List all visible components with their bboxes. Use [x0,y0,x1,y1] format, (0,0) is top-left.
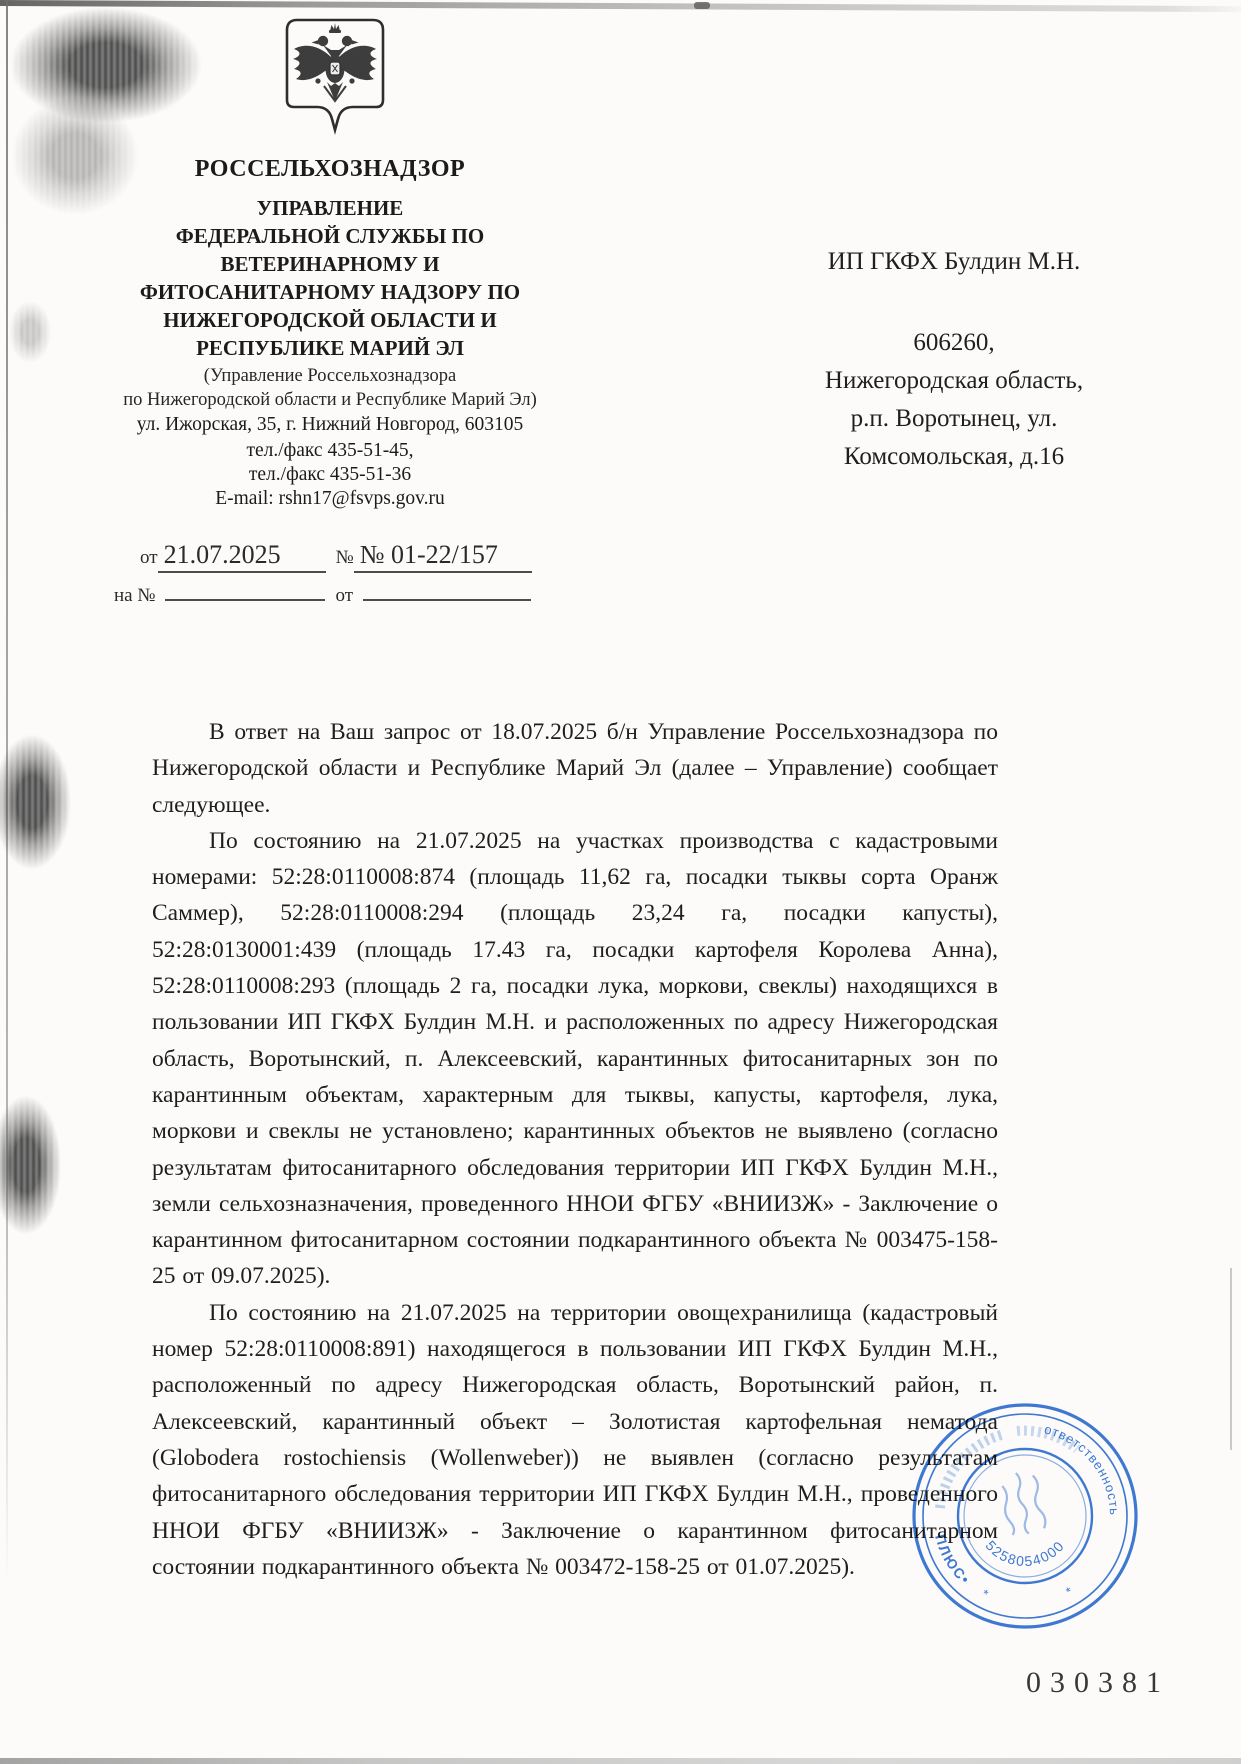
svg-text:*: * [979,1586,990,1602]
scan-edge-bottom [0,1758,1241,1764]
stamp-blurred-text [940,1434,1005,1508]
svg-text:ПЛЮС•: ПЛЮС• [932,1532,974,1588]
scan-speck-top [694,2,710,9]
subtitle-line: по Нижегородской области и Республике Ма… [80,388,580,412]
sender-phone-2: тел./факс 435-51-36 [80,464,580,486]
date-label: от [140,547,158,569]
stamp-center-text [998,1469,1048,1537]
reply-number-blank [165,579,325,601]
stamp-ring-text: ПЛЮС• [932,1532,974,1588]
recipient-address-line: р.п. Воротынец, ул. [770,400,1138,438]
department-line: РЕСПУБЛИКЕ МАРИЙ ЭЛ [80,334,580,362]
stamp-separator: * [1063,1584,1075,1600]
department-line: НИЖЕГОРОДСКОЙ ОБЛАСТИ И [80,306,580,334]
svg-text:*: * [1063,1584,1075,1600]
round-stamp: ответственностью ПЛЮС• * * 5258054000 [905,1396,1145,1636]
letter-body: В ответ на Ваш запрос от 18.07.2025 б/н … [152,714,998,1585]
recipient-name: ИП ГКФХ Булдин М.Н. [770,246,1138,278]
serial-number: 030381 [1026,1666,1170,1700]
reply-date-label: от [335,585,353,607]
scan-smudge-left-lower [0,1094,62,1236]
scanned-letter-page: РОССЕЛЬХОЗНАДЗОР УПРАВЛЕНИЕ ФЕДЕРАЛЬНОЙ … [0,0,1241,1764]
department-line: ФЕДЕРАЛЬНОЙ СЛУЖБЫ ПО [80,222,580,250]
reference-block: от 21.07.2025 № № 01-22/157 на № от [114,540,554,607]
coat-of-arms-icon [281,16,389,146]
agency-name: РОССЕЛЬХОЗНАДЗОР [80,156,580,183]
recipient-postal-code: 606260, [770,324,1138,362]
recipient-address: 606260, Нижегородская область, р.п. Воро… [770,324,1138,476]
svg-text:5258054000: 5258054000 [982,1537,1067,1569]
letter-number: № 01-22/157 [354,540,532,573]
number-label: № [336,547,354,569]
recipient-block: ИП ГКФХ Булдин М.Н. 606260, Нижегородска… [770,246,1138,476]
subtitle-line: (Управление Россельхознадзора [80,364,580,388]
department-line: ФИТОСАНИТАРНОМУ НАДЗОРУ ПО [80,278,580,306]
sender-phone-1: тел./факс 435-51-45, [80,440,580,462]
body-paragraph: По состоянию на 21.07.2025 на территории… [152,1295,998,1585]
body-paragraph: По состоянию на 21.07.2025 на участках п… [152,823,998,1295]
body-paragraph: В ответ на Ваш запрос от 18.07.2025 б/н … [152,714,998,823]
sender-email: E-mail: rshn17@fsvps.gov.ru [80,488,580,510]
department-line: ВЕТЕРИНАРНОМУ И [80,250,580,278]
sender-address: ул. Ижорская, 35, г. Нижний Новгород, 60… [80,414,580,436]
scan-smudge-left-middle [0,733,72,871]
scan-streak-right [1230,1268,1232,1450]
recipient-address-line: Комсомольская, д.16 [770,438,1138,476]
recipient-address-line: Нижегородская область, [770,362,1138,400]
stamp-separator: * [979,1586,990,1602]
department-name: УПРАВЛЕНИЕ ФЕДЕРАЛЬНОЙ СЛУЖБЫ ПО ВЕТЕРИН… [80,194,580,362]
stamp-ogrn-number: 5258054000 [982,1537,1067,1569]
reply-date-blank [363,579,531,601]
reply-number-label: на № [114,585,155,607]
department-line: УПРАВЛЕНИЕ [80,194,580,222]
scan-smudge-faint [8,300,52,364]
letter-date: 21.07.2025 [158,540,326,573]
department-subtitle: (Управление Россельхознадзора по Нижегор… [80,364,580,412]
